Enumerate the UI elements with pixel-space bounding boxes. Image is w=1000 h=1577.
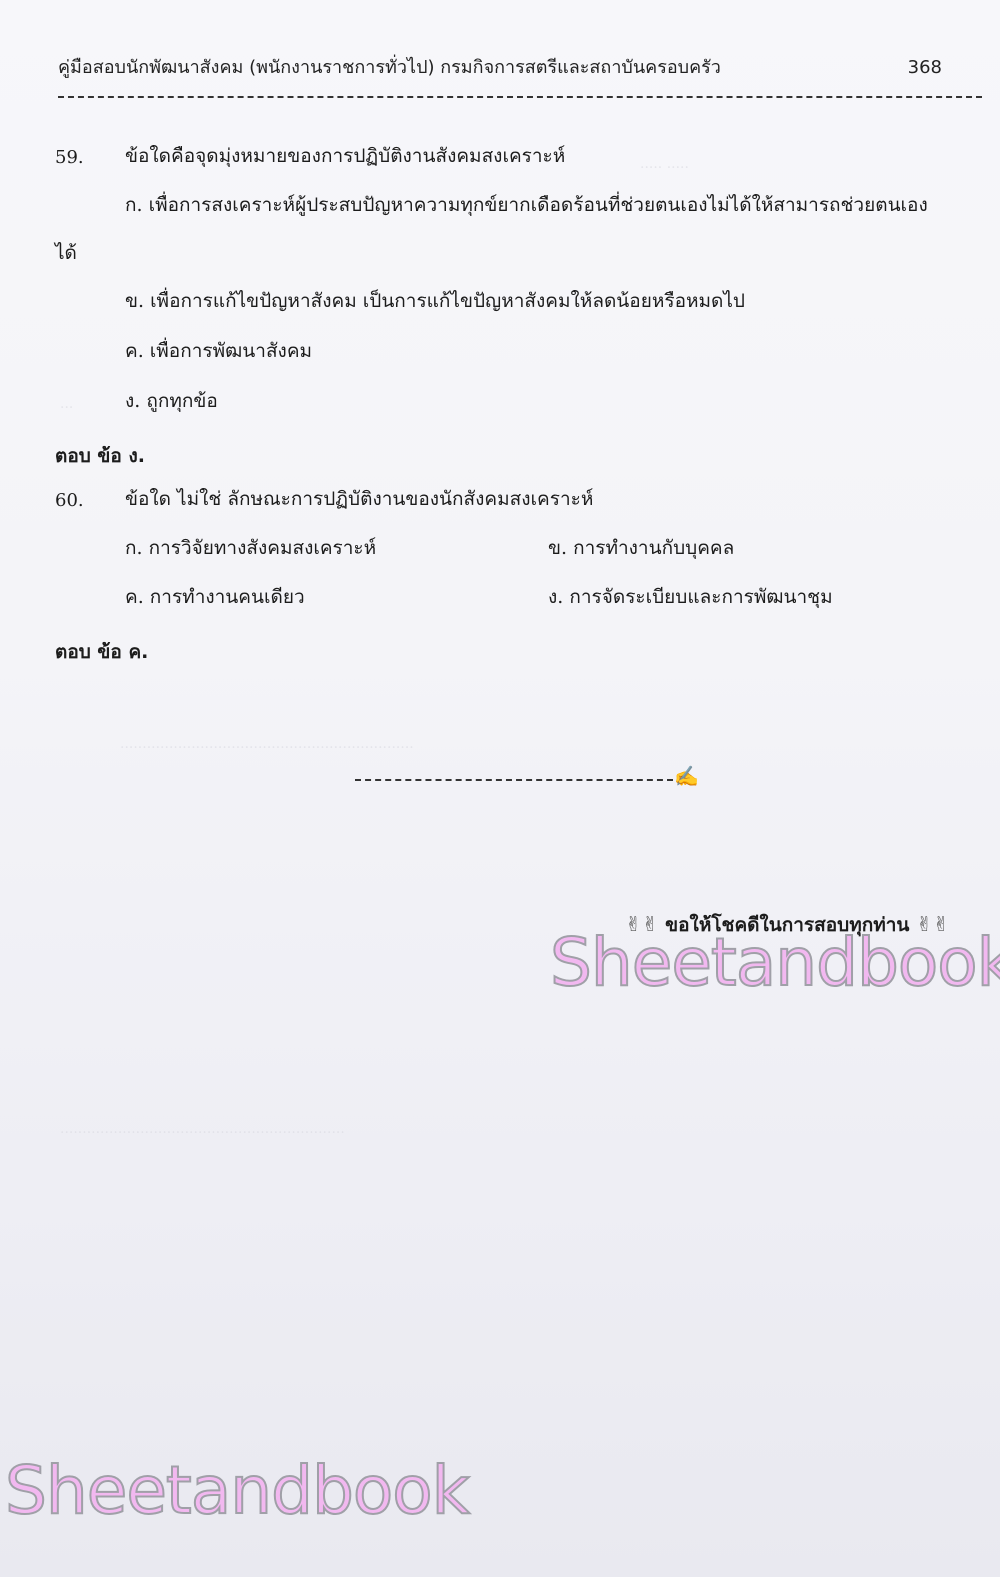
option-b: ข. การทำงานกับบุคคล: [548, 539, 734, 558]
option-d: ง. ถูกทุกข้อ: [125, 392, 218, 411]
bleed-through-text: ········································…: [60, 1125, 345, 1141]
question-number: 60.: [55, 490, 84, 511]
watermark: Sheetandbook: [550, 930, 1000, 996]
option-a: ก. เพื่อการสงเคราะห์ผู้ประสบปัญหาความทุก…: [125, 196, 928, 215]
writing-hand-icon: ✍: [674, 764, 699, 788]
page-number: 368: [908, 57, 948, 78]
question-text: ข้อใด ไม่ใช่ ลักษณะการปฏิบัติงานของนักสั…: [125, 490, 593, 509]
option-c: ค. เพื่อการพัฒนาสังคม: [125, 342, 312, 361]
question-number: 59.: [55, 147, 84, 168]
option-a-continued: ได้: [55, 244, 77, 263]
bleed-through-text: ········································…: [120, 740, 414, 756]
bleed-through-text: ····· ·····: [640, 160, 689, 176]
page-header: คู่มือสอบนักพัฒนาสังคม (พนักงานราชการทั่…: [58, 52, 948, 81]
watermark: Sheetandbook: [5, 1458, 469, 1524]
question-text: ข้อใดคือจุดมุ่งหมายของการปฏิบัติงานสังคม…: [125, 147, 565, 166]
header-divider: [58, 96, 982, 98]
option-c: ค. การทำงานคนเดียว: [125, 588, 305, 607]
answer: ตอบ ข้อ ง.: [55, 441, 145, 471]
option-a: ก. การวิจัยทางสังคมสงเคราะห์: [125, 539, 376, 558]
answer: ตอบ ข้อ ค.: [55, 637, 148, 667]
option-b: ข. เพื่อการแก้ไขปัญหาสังคม เป็นการแก้ไขป…: [125, 292, 745, 311]
end-divider: [355, 779, 673, 781]
document-title: คู่มือสอบนักพัฒนาสังคม (พนักงานราชการทั่…: [58, 52, 721, 81]
bleed-through-text: ···: [60, 400, 73, 416]
option-d: ง. การจัดระเบียบและการพัฒนาชุม: [548, 588, 833, 607]
